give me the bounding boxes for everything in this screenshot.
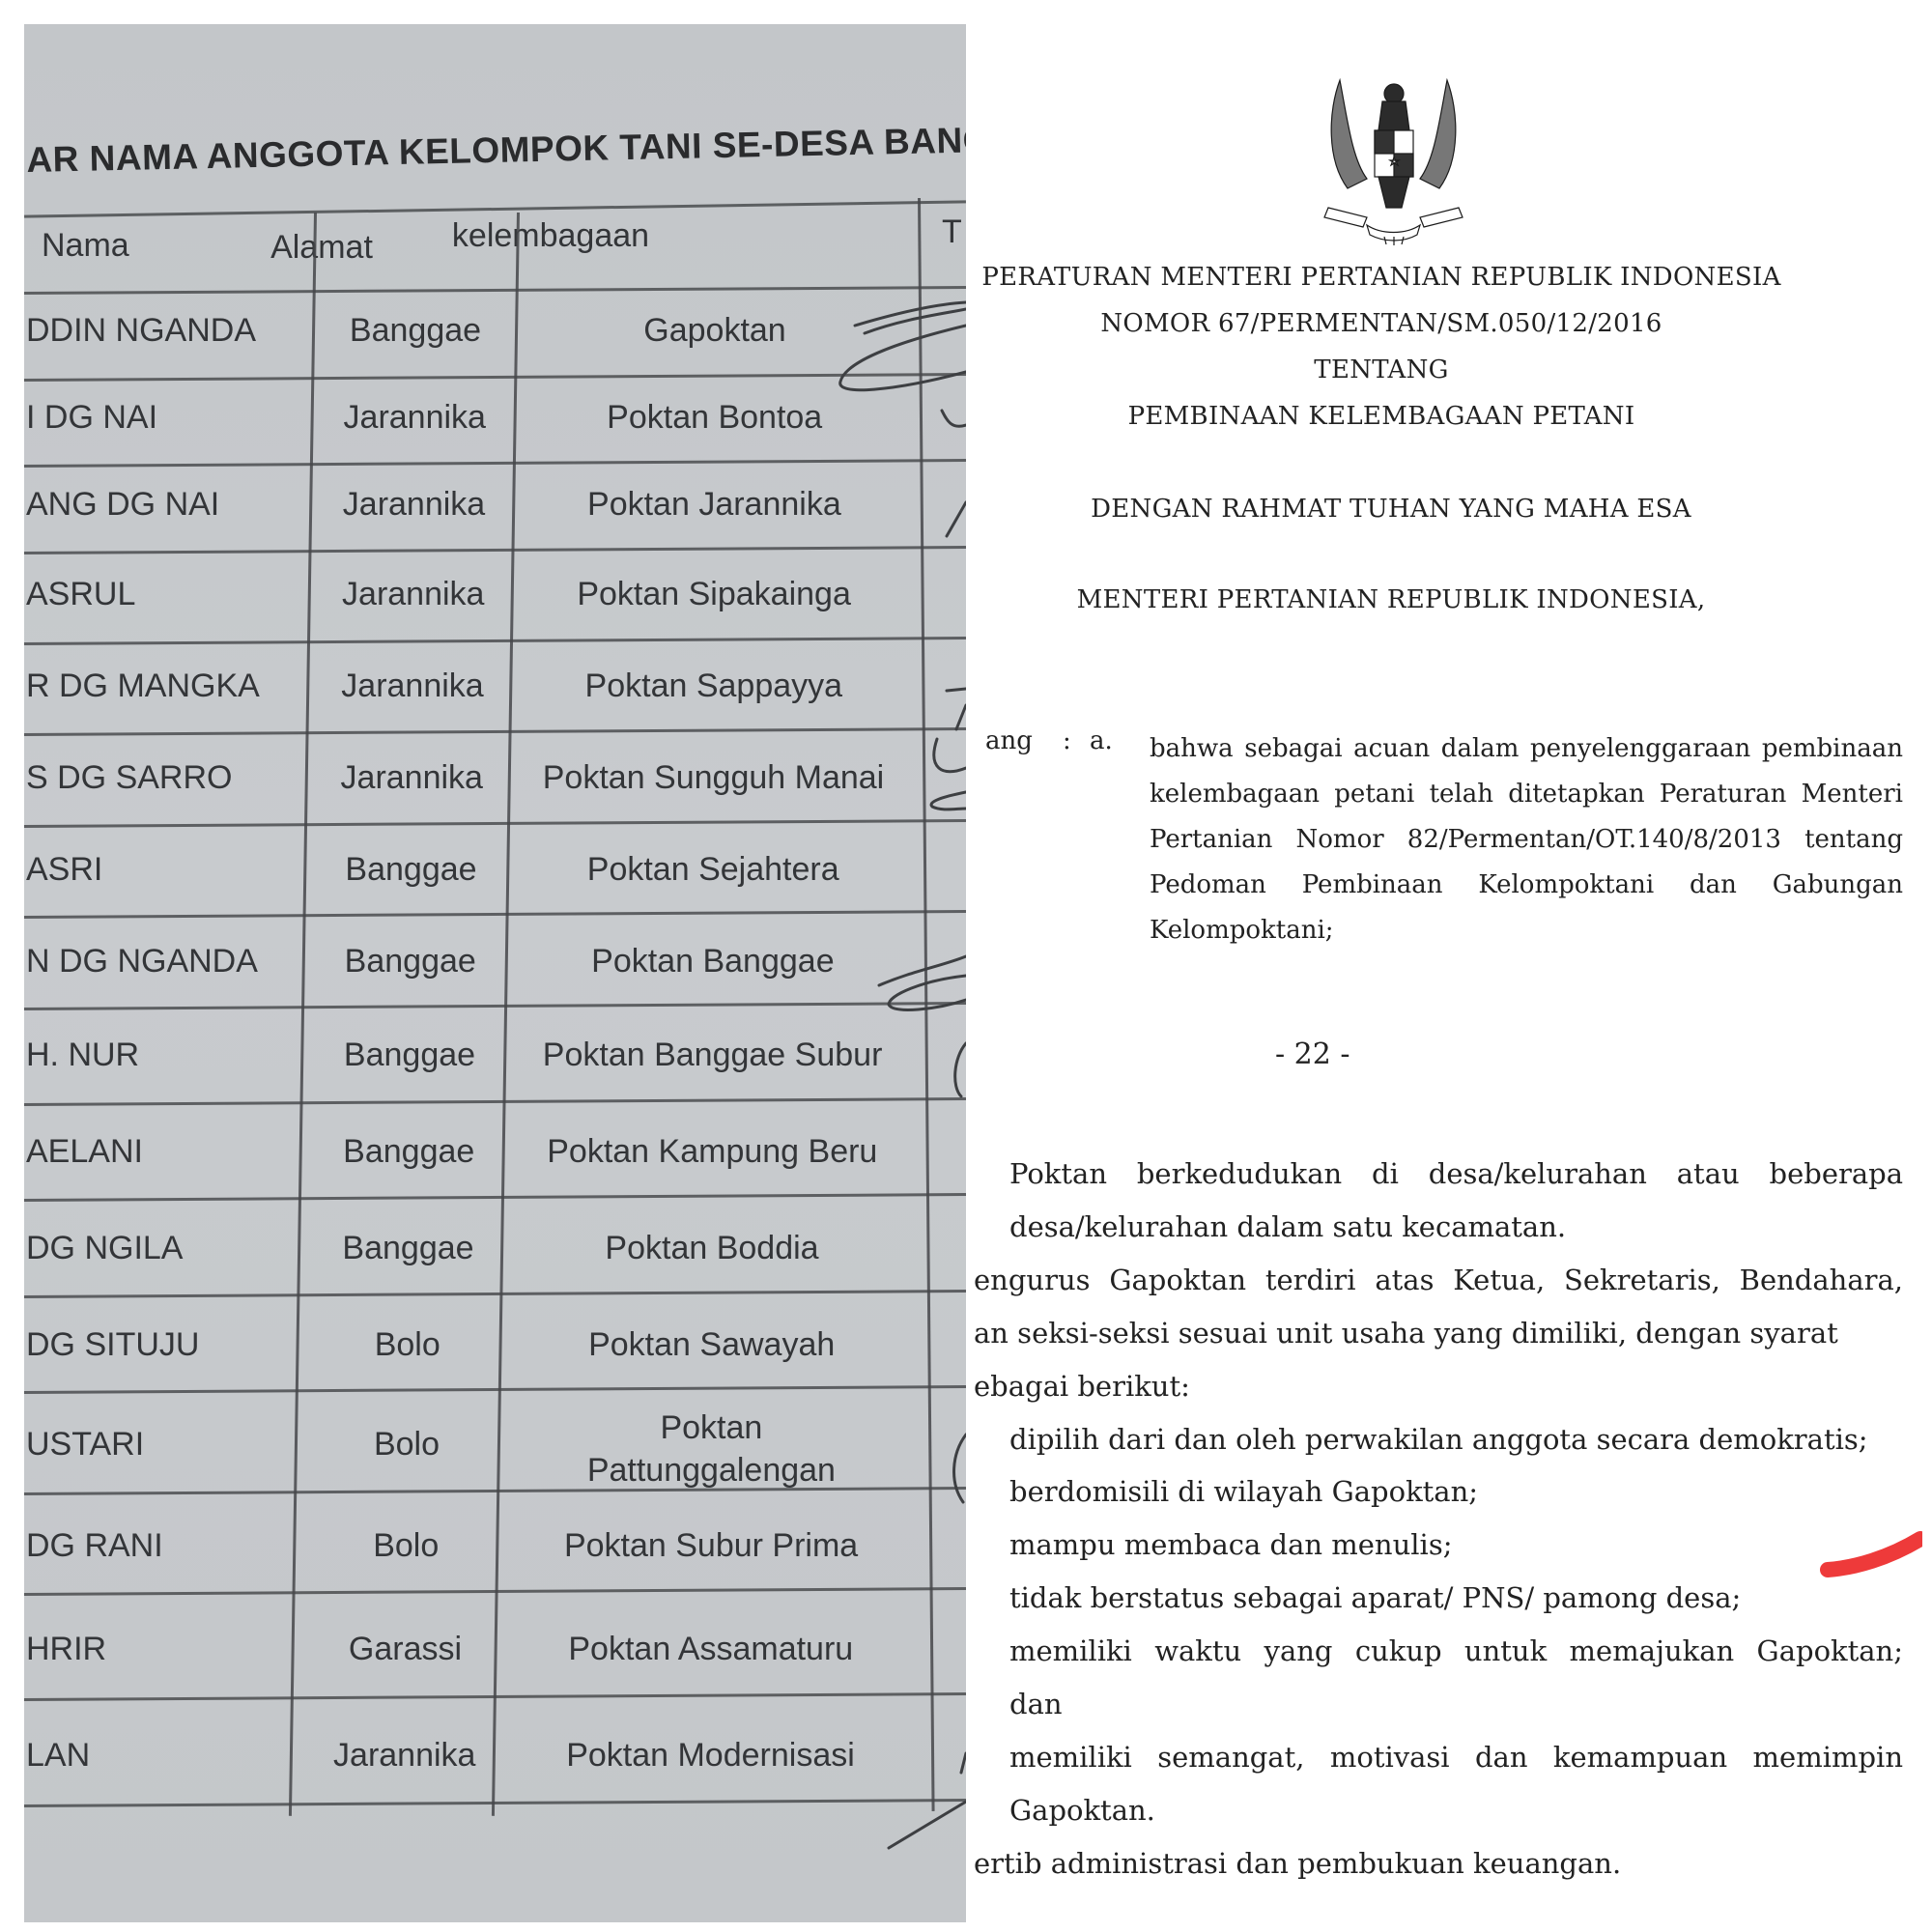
- regulation-document: PERATURAN MENTERI PERTANIAN REPUBLIK IND…: [966, 0, 1932, 1932]
- table-column-border: [492, 213, 520, 1816]
- cell-nama: ASRUL: [26, 576, 135, 613]
- cell-nama: H. NUR: [26, 1037, 139, 1074]
- table-row-border: [24, 637, 966, 645]
- col-header-nama: Nama: [42, 227, 129, 265]
- table-row-border: [24, 1002, 966, 1010]
- cell-alamat: Banggae: [315, 851, 508, 889]
- regulation-subject: PEMBINAAN KELEMBAGAAN PETANI: [976, 402, 1787, 431]
- cell-alamat: Banggae: [314, 943, 507, 980]
- cell-nama: AELANI: [26, 1133, 143, 1171]
- table-row-border: [24, 373, 966, 382]
- cell-alamat: Garassi: [309, 1631, 502, 1668]
- page-number: - 22 -: [1275, 1037, 1350, 1071]
- cell-alamat: Jarannika: [308, 1737, 501, 1775]
- cell-alamat: Banggae: [312, 1133, 505, 1171]
- table-row-border: [24, 546, 966, 554]
- cell-kelembagaan: Poktan Boddia: [519, 1230, 905, 1267]
- considering-text: bahwa sebagai acuan dalam penyelenggaraa…: [1150, 726, 1903, 953]
- cell-kelembagaan: PoktanPattunggalengan: [518, 1406, 904, 1492]
- col-header-kelembagaan: kelembagaan: [357, 217, 744, 255]
- table-row-border: [24, 1799, 966, 1807]
- cell-kelembagaan: Gapoktan: [522, 312, 908, 350]
- considering-colon: :: [1063, 726, 1071, 755]
- requirement-item: Gapoktan.: [1009, 1794, 1155, 1827]
- cell-nama: USTARI: [26, 1426, 144, 1463]
- requirement-item: tidak berstatus sebagai aparat/ PNS/ pam…: [1009, 1581, 1741, 1614]
- cell-nama: R DG MANGKA: [26, 668, 260, 705]
- cell-nama: ANG DG NAI: [26, 486, 219, 524]
- cell-alamat: Banggae: [312, 1230, 505, 1267]
- cell-kelembagaan: Poktan Sungguh Manai: [521, 759, 907, 797]
- body-line: desa/kelurahan dalam satu kecamatan.: [1009, 1210, 1566, 1243]
- regulation-tentang: TENTANG: [976, 355, 1787, 384]
- table-row-border: [24, 1385, 966, 1394]
- member-table: Nama Alamat kelembagaan T DDIN NGANDABan…: [24, 24, 966, 1922]
- table-row-border: [24, 727, 966, 736]
- table-row-border: [24, 459, 966, 468]
- considering-label: ang: [985, 726, 1033, 755]
- cell-nama: DG RANI: [26, 1527, 163, 1565]
- requirement-item: memiliki semangat, motivasi dan kemampua…: [1009, 1741, 1903, 1774]
- regulation-number: NOMOR 67/PERMENTAN/SM.050/12/2016: [976, 309, 1787, 338]
- table-row-border: [24, 819, 966, 828]
- cell-kelembagaan: Poktan Kampung Beru: [519, 1133, 905, 1171]
- body-line: ebagai berikut:: [974, 1370, 1190, 1403]
- requirement-item: berdomisili di wilayah Gapoktan;: [1009, 1475, 1478, 1508]
- cell-nama: DDIN NGANDA: [26, 312, 256, 350]
- cell-alamat: Jarannika: [317, 576, 510, 613]
- cell-alamat: Bolo: [311, 1326, 504, 1364]
- cell-kelembagaan: Poktan Sipakainga: [521, 576, 907, 613]
- requirement-item: memiliki waktu yang cukup untuk memajuka…: [1009, 1634, 1903, 1667]
- table-row-border: [24, 910, 966, 919]
- cell-alamat: Jarannika: [318, 399, 511, 437]
- cell-alamat: Jarannika: [316, 668, 509, 705]
- table-row-border: [24, 286, 966, 295]
- cell-nama: DG SITUJU: [26, 1326, 199, 1364]
- cell-kelembagaan: Poktan Banggae Subur: [520, 1037, 906, 1074]
- cell-nama: I DG NAI: [26, 399, 157, 437]
- table-column-border: [289, 213, 317, 1816]
- table-row-border: [24, 1193, 966, 1202]
- requirement-item: dipilih dari dan oleh perwakilan anggota…: [1009, 1423, 1868, 1456]
- garuda-emblem-icon: [1309, 72, 1478, 246]
- body-line: Poktan berkedudukan di desa/kelurahan at…: [1009, 1157, 1903, 1190]
- cell-kelembagaan: Poktan Assamaturu: [518, 1631, 904, 1668]
- cell-alamat: Bolo: [310, 1426, 503, 1463]
- table-row-border: [24, 1290, 966, 1298]
- regulation-title: PERATURAN MENTERI PERTANIAN REPUBLIK IND…: [976, 263, 1787, 292]
- table-row-border: [24, 200, 966, 217]
- cell-kelembagaan: Poktan Sappayya: [521, 668, 907, 705]
- cell-alamat: Bolo: [309, 1527, 502, 1565]
- cell-nama: LAN: [26, 1737, 90, 1775]
- considering-letter: a.: [1090, 726, 1113, 755]
- cell-alamat: Banggae: [319, 312, 512, 350]
- member-list-photo: AR NAMA ANGGOTA KELOMPOK TANI SE-DESA BA…: [24, 24, 966, 1922]
- cell-alamat: Jarannika: [315, 759, 508, 797]
- body-line: an seksi-seksi sesuai unit usaha yang di…: [974, 1317, 1838, 1350]
- cell-nama: N DG NGANDA: [26, 943, 258, 980]
- cell-nama: ASRI: [26, 851, 102, 889]
- cell-nama: HRIR: [26, 1631, 106, 1668]
- cell-nama: S DG SARRO: [26, 759, 232, 797]
- table-row-border: [24, 1097, 966, 1106]
- requirement-item: mampu membaca dan menulis;: [1009, 1528, 1452, 1561]
- requirement-item: dan: [1009, 1688, 1063, 1720]
- cell-kelembagaan: Poktan Jarannika: [521, 486, 907, 524]
- cell-alamat: Banggae: [313, 1037, 506, 1074]
- col-header-t: T: [942, 213, 962, 251]
- invocation: DENGAN RAHMAT TUHAN YANG MAHA ESA: [985, 495, 1797, 524]
- cell-kelembagaan: Poktan Banggae: [520, 943, 906, 980]
- cell-kelembagaan: Poktan Bontoa: [522, 399, 908, 437]
- cell-kelembagaan: Poktan Sawayah: [519, 1326, 905, 1364]
- cell-kelembagaan: Poktan Modernisasi: [518, 1737, 904, 1775]
- body-line: ertib administrasi dan pembukuan keuanga…: [974, 1847, 1621, 1880]
- cell-kelembagaan: Poktan Sejahtera: [520, 851, 906, 889]
- cell-alamat: Jarannika: [318, 486, 511, 524]
- cell-kelembagaan: Poktan Subur Prima: [518, 1527, 904, 1565]
- red-pen-mark: [1816, 1531, 1922, 1589]
- body-line: engurus Gapoktan terdiri atas Ketua, Sek…: [974, 1264, 1903, 1296]
- minister-title: MENTERI PERTANIAN REPUBLIK INDONESIA,: [985, 585, 1797, 614]
- cell-nama: DG NGILA: [26, 1230, 183, 1267]
